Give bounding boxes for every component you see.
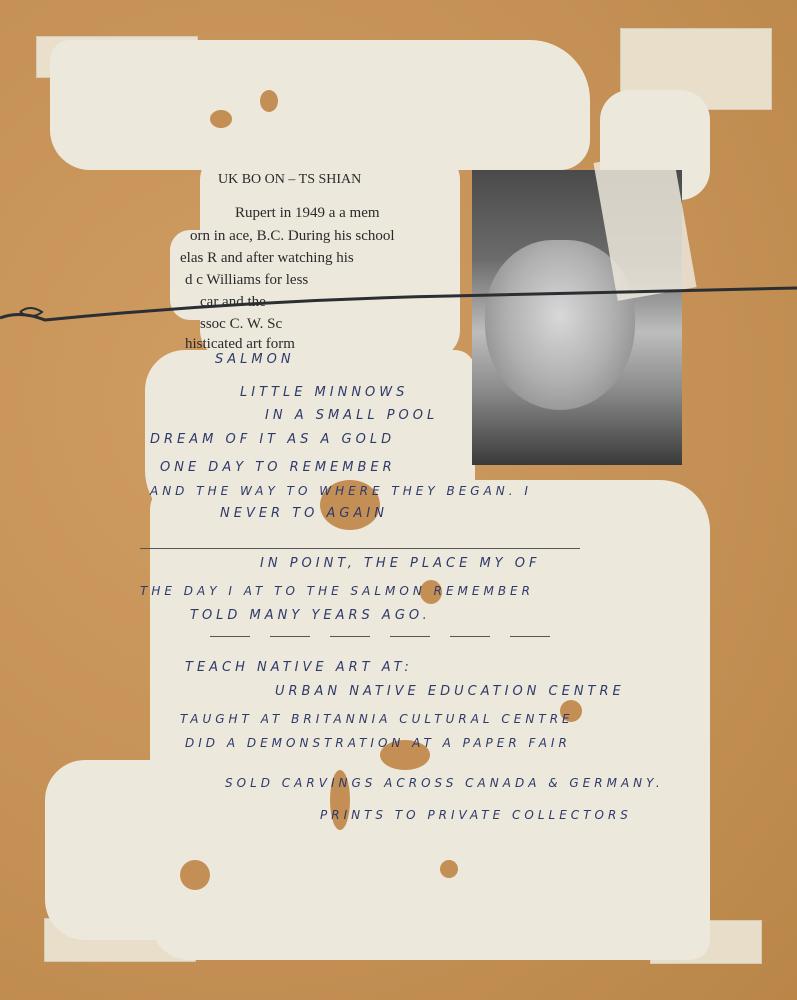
- hanging-wire: [0, 0, 797, 1000]
